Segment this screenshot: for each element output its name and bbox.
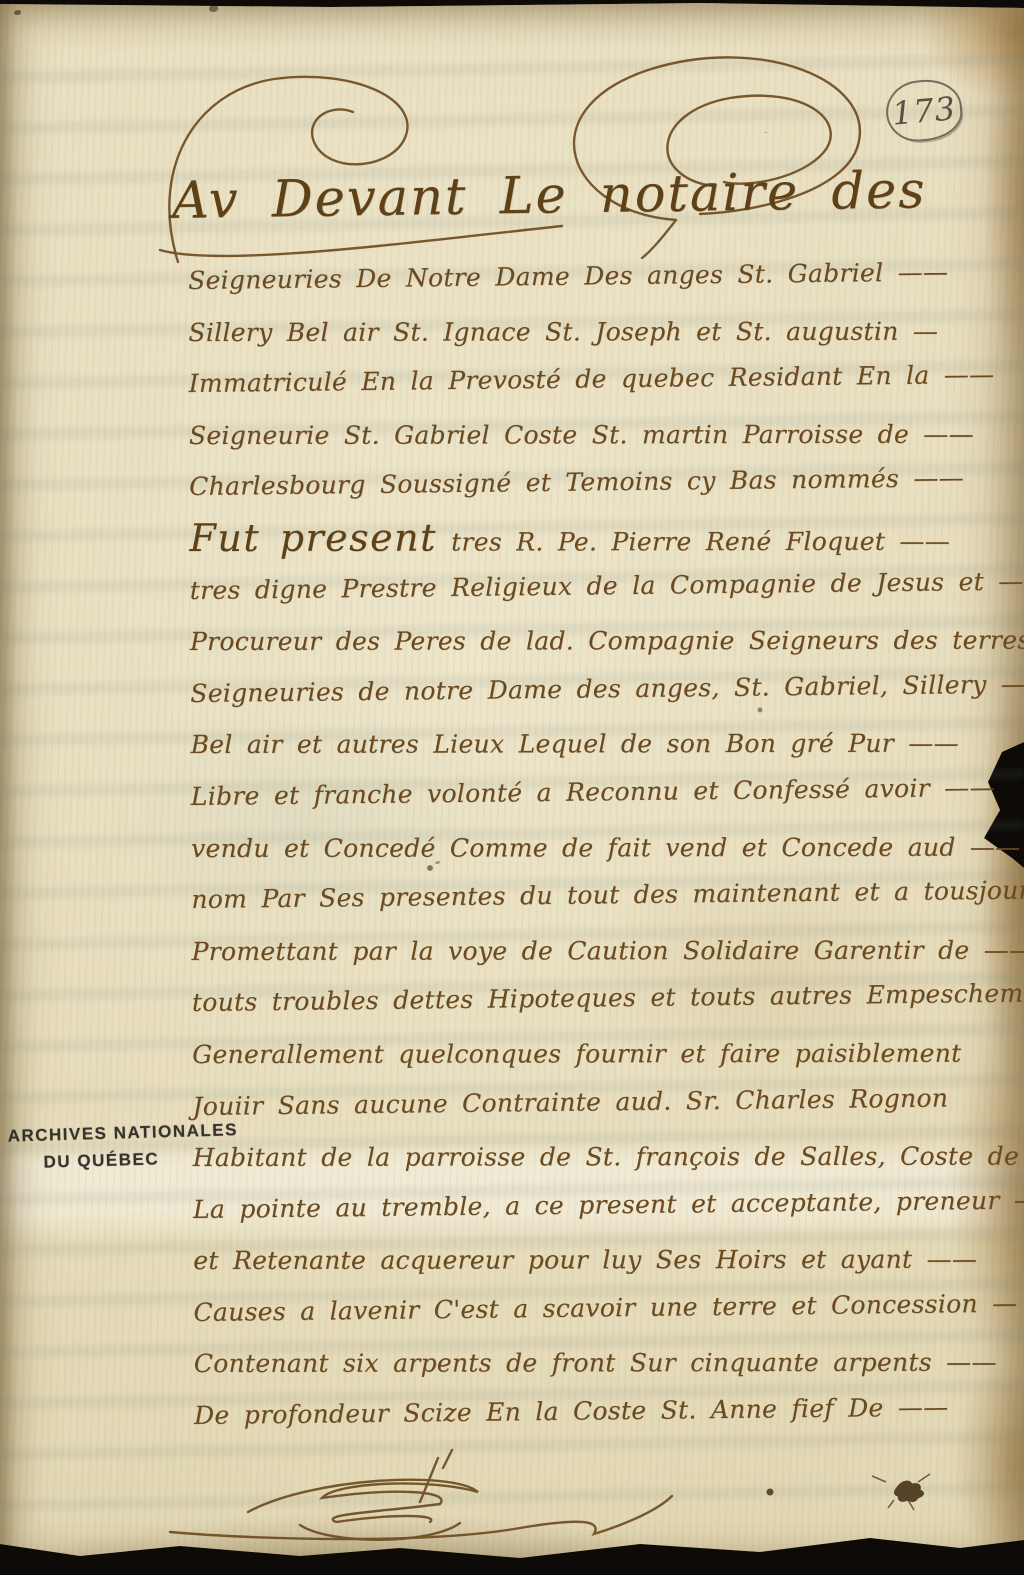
archives-stamp: ARCHIVES NATIONALES DU QUÉBEC <box>7 1117 194 1176</box>
manuscript-line: La pointe au tremble, a ce present et ac… <box>193 1174 1006 1235</box>
manuscript-line: Charlesbourg Soussigné et Temoins cy Bas… <box>189 452 1002 513</box>
fut-present-rest: tres R. Pe. Pierre René Floquet —— <box>451 527 950 557</box>
manuscript-line: De profondeur Scize En la Coste St. Anne… <box>194 1381 1007 1442</box>
page-number: 173 <box>890 89 957 132</box>
manuscript-line: Seigneuries de notre Dame des anges, St.… <box>190 659 1003 720</box>
manuscript-line: Seigneuries De Notre Dame Des anges St. … <box>188 246 1001 307</box>
manuscript-text-block: Seigneuries De Notre Dame Des anges St. … <box>188 251 1006 1442</box>
document-scan: 173 Av Devant Le notaire des Seigneuries… <box>0 0 1024 1575</box>
manuscript-line: Immatriculé En la Prevosté de quebec Res… <box>188 349 1001 410</box>
manuscript-line: Libre et franche volonté a Reconnu et Co… <box>191 762 1004 823</box>
fut-present-opening: Fut present <box>189 516 436 560</box>
manuscript-line: touts troubles dettes Hipoteques et tout… <box>192 968 1005 1029</box>
archives-stamp-line1: ARCHIVES NATIONALES <box>7 1117 194 1149</box>
manuscript-line: Causes a lavenir C'est a scavoir une ter… <box>193 1278 1006 1339</box>
manuscript-line: nom Par Ses presentes du tout des mainte… <box>191 865 1004 926</box>
manuscript-line: tres digne Prestre Religieux de la Compa… <box>189 555 1002 616</box>
opening-protocol-line: Av Devant Le notaire des <box>172 160 1013 231</box>
archives-stamp-line2: DU QUÉBEC <box>8 1144 195 1176</box>
manuscript-line: Jouiir Sans aucune Contrainte aud. Sr. C… <box>192 1071 1005 1132</box>
